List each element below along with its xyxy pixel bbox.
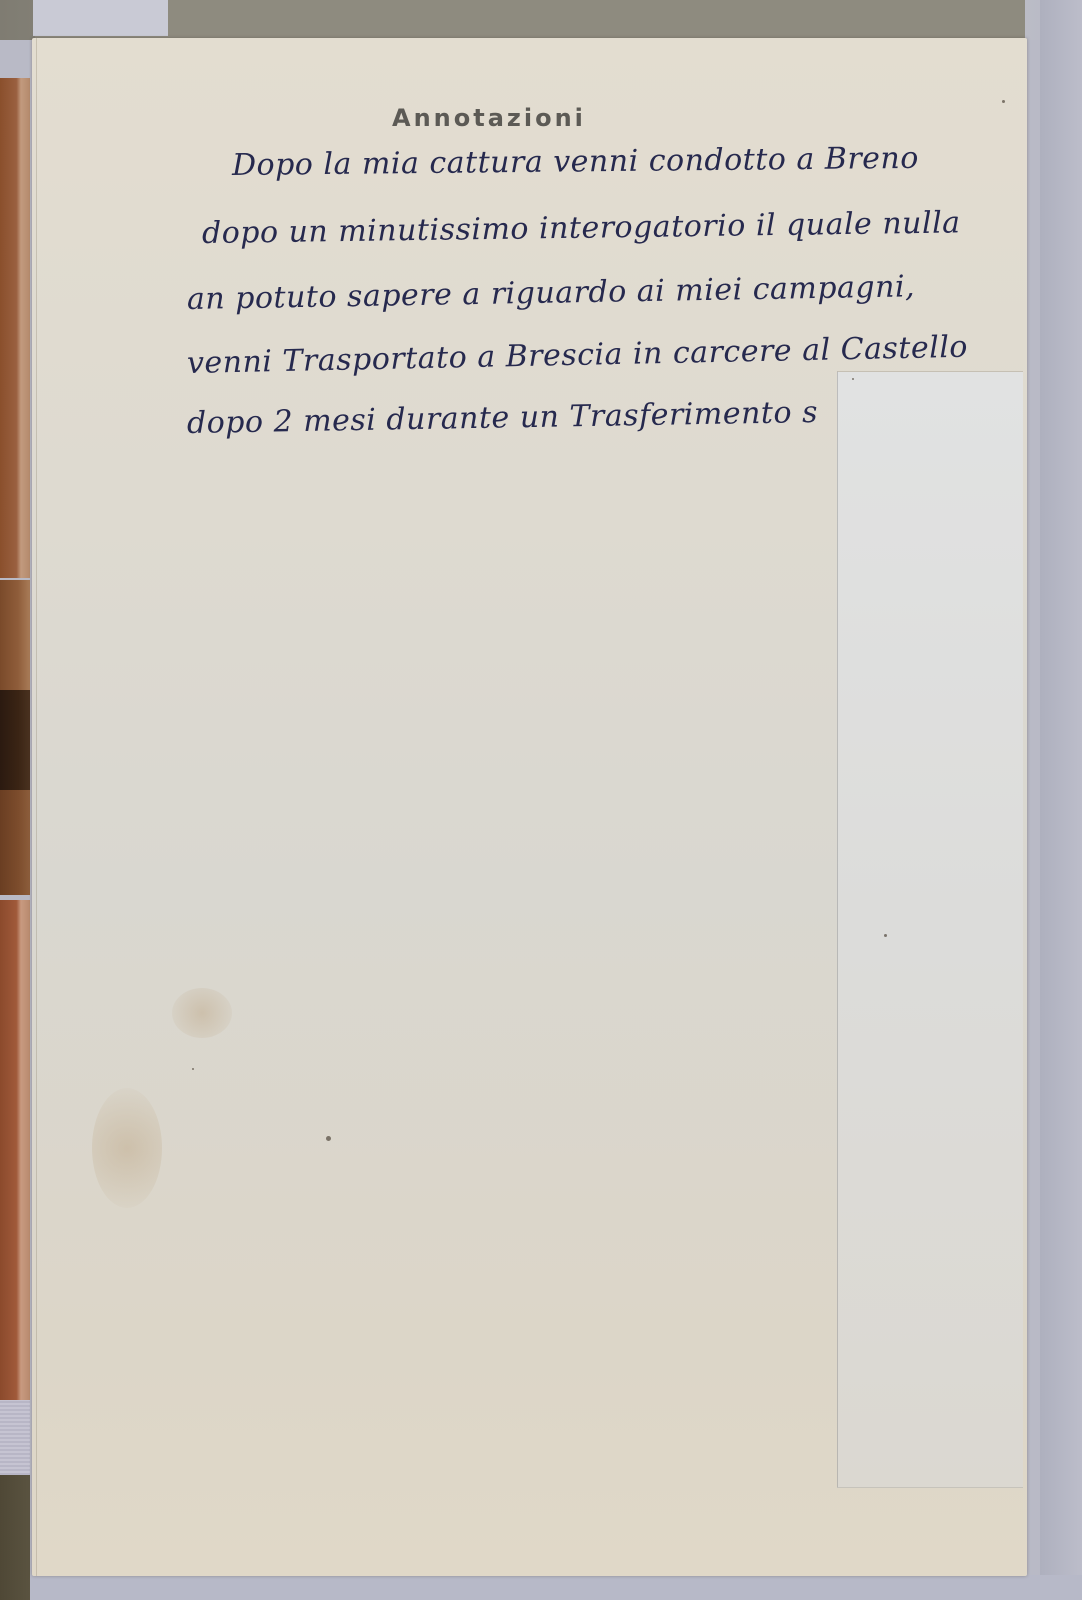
book-spine: [0, 790, 30, 895]
paper-spot: [326, 1136, 331, 1141]
handwritten-line: dopo un minutissimo interogatorio il qua…: [202, 205, 961, 251]
book-spine: [0, 690, 30, 790]
background-shadow-band: [35, 0, 1025, 40]
book-spine: [0, 1475, 30, 1600]
fabric-edge: [0, 1400, 30, 1475]
book-spine: [0, 580, 30, 690]
paper-spot: [852, 378, 854, 380]
background-fabric-light: [33, 0, 168, 36]
pasted-paper-slip: [837, 371, 1023, 1488]
paper-spot: [884, 934, 887, 937]
book-spine: [0, 78, 30, 578]
background-fabric-right: [1040, 0, 1082, 1600]
handwritten-line: an potuto sapere a riguardo ai miei camp…: [187, 269, 916, 317]
background-fabric-bottom: [0, 1575, 1082, 1600]
document-page: Annotazioni Dopo la mia cattura venni co…: [32, 38, 1027, 1576]
paper-stain: [92, 1088, 162, 1208]
handwritten-line: dopo 2 mesi durante un Trasferimento s: [187, 395, 819, 441]
page-title: Annotazioni: [392, 104, 586, 132]
book-spine: [0, 900, 30, 1400]
paper-spot: [1002, 100, 1005, 103]
paper-spot: [192, 1068, 194, 1070]
binding-line: [36, 38, 37, 1576]
paper-stain: [172, 988, 232, 1038]
handwritten-line: Dopo la mia cattura venni condotto a Bre…: [232, 141, 919, 183]
